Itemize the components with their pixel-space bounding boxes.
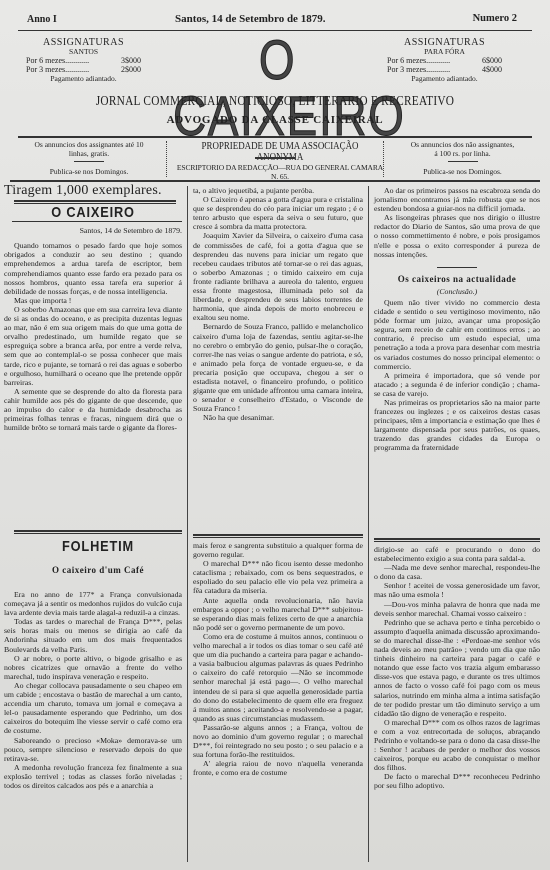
divider bbox=[437, 267, 477, 268]
paragraph: —Nada me deve senhor marechal, respondeu… bbox=[374, 563, 540, 581]
paragraph: Como era de costume á muitos annos, cont… bbox=[193, 632, 363, 723]
double-rule bbox=[14, 530, 182, 534]
price-row: Por 6 mezes............ 6$000 bbox=[387, 56, 502, 65]
paragraph: O marechal D*** não ficou isento desse m… bbox=[193, 559, 363, 595]
newspaper-page: Anno I Santos, 14 de Setembro de 1879. N… bbox=[0, 0, 550, 870]
masthead-bottom-rule bbox=[18, 136, 532, 138]
rule bbox=[12, 221, 182, 222]
column-2-top: ta, o altivo jequetibá, a pujante peróba… bbox=[193, 186, 363, 422]
paragraph: Quem não tiver vivido no commercio desta… bbox=[374, 298, 540, 371]
infobar-right: Os annuncios dos não assignantes, á 100 … bbox=[385, 140, 540, 176]
paragraph: O ar nobre, o porte altivo, o bigode gri… bbox=[4, 654, 182, 681]
subtagline: ADVOGADO DA CLASSE CAIXEIRAL bbox=[0, 114, 550, 126]
folhetim-header: FOLHETIM O caixeiro d'um Café bbox=[14, 530, 182, 575]
paragraph: dirigio-se ao café e procurando o dono d… bbox=[374, 545, 540, 563]
paragraph: Era no anno de 177* a França convulsiona… bbox=[4, 590, 182, 617]
paragraph: mais feroz e sangrenta substituio a qual… bbox=[193, 541, 363, 559]
paragraph: Passarão-se alguns annos ; a França, vol… bbox=[193, 723, 363, 759]
paragraph: Saboreando o precioso «Moka» demorava-se… bbox=[4, 736, 182, 763]
paragraph: Ante aquella onda revolucionaria, não ha… bbox=[193, 596, 363, 632]
subscriptions-santos: ASSIGNATURAS SANTOS Por 6 mezes.........… bbox=[26, 38, 141, 83]
issue-number: Numero 2 bbox=[473, 13, 517, 24]
column-2-bottom: mais feroz e sangrenta substituio a qual… bbox=[193, 541, 363, 777]
column-1: Tiragem 1,000 exemplares. O CAIXEIRO San… bbox=[4, 186, 182, 432]
divider bbox=[74, 161, 104, 162]
section-title: O CAIXEIRO bbox=[17, 208, 168, 217]
paragraph: Nas primeiras os proprietarios são na ma… bbox=[374, 398, 540, 453]
wavy-divider bbox=[166, 141, 170, 177]
paragraph: As lisongeiras phrases que nos dirigio o… bbox=[374, 213, 540, 258]
top-info-line: Anno I Santos, 14 de Setembro de 1879. N… bbox=[0, 12, 550, 26]
paragraph: Joaquim Xavier da Silveira, o caixeiro d… bbox=[193, 231, 363, 322]
paragraph: Senhor ! aceitei de vossa generosidade u… bbox=[374, 581, 540, 599]
subscriptions-title: ASSIGNATURAS bbox=[26, 38, 141, 47]
subscriptions-para-fora: ASSIGNATURAS PARA FÓRA Por 6 mezes......… bbox=[387, 38, 502, 83]
divider bbox=[448, 161, 478, 162]
tagline: JORNAL COMMERCIAL, NOTICIOSO, LITTERARIO… bbox=[44, 93, 506, 109]
paragraph: O marechal D*** com os olhos razos de la… bbox=[374, 718, 540, 773]
ownership-notice: PROPRIEDADE DE UMA ASSOCIAÇÃO ANONYMA bbox=[195, 141, 365, 163]
column-3-bottom: dirigio-se ao café e procurando o dono d… bbox=[374, 545, 540, 791]
article-subtitle: (Conclusão.) bbox=[374, 287, 540, 296]
paragraph: Pedrinho que se achava perto e tinha per… bbox=[374, 618, 540, 718]
paragraph: Mas que importa ! bbox=[4, 296, 182, 305]
office-address: ESCRIPTORIO DA REDACÇÃO—RUA DO GENERAL C… bbox=[175, 163, 385, 181]
masthead-title: O CAIXEIRO bbox=[173, 32, 382, 144]
infobar-left: Os annuncios dos assignantes até 10 linh… bbox=[15, 140, 163, 176]
dateline: Santos, 14 de Setembro de 1879. bbox=[175, 13, 325, 25]
paragraph: A medonha revolução franceza fez finalme… bbox=[4, 763, 182, 790]
infobar-bottom-rule bbox=[10, 180, 540, 182]
price-row: Por 3 mezes............ 2$000 bbox=[26, 65, 141, 74]
paragraph: Ao chegar collocava pausadamente o seu c… bbox=[4, 681, 182, 736]
double-rule bbox=[374, 538, 540, 542]
paragraph: O soberbo Amazonas que em sua carreira l… bbox=[4, 305, 182, 387]
column-3-top: Ao dar os primeiros passos na escabroza … bbox=[374, 186, 540, 453]
paragraph: Quando tomamos o pesado fardo que hoje s… bbox=[4, 241, 182, 296]
paragraph: De facto o marechal D*** reconheceu Pedr… bbox=[374, 772, 540, 790]
folhetim-title: FOLHETIM bbox=[27, 538, 170, 555]
paragraph: A semente que se desprende do alto da fl… bbox=[4, 387, 182, 432]
column-separator bbox=[187, 186, 188, 862]
year-label: Anno I bbox=[27, 14, 57, 25]
paragraph: A primeira é importadora, que só vende p… bbox=[374, 371, 540, 398]
divider bbox=[255, 157, 295, 159]
subscriptions-subtitle: SANTOS bbox=[26, 47, 141, 56]
folhetim-body: Era no anno de 177* a França convulsiona… bbox=[4, 590, 182, 790]
paragraph: A' alegria raiou de novo n'aquella vener… bbox=[193, 759, 363, 777]
paragraph: ta, o altivo jequetibá, a pujante peróba… bbox=[193, 186, 363, 195]
subscriptions-subtitle: PARA FÓRA bbox=[387, 47, 502, 56]
paragraph: Todas as tardes o marechal de França D**… bbox=[4, 617, 182, 653]
paragraph: Não ha que desanimar. bbox=[193, 413, 363, 422]
payment-note: Pagamento adiantado. bbox=[26, 74, 141, 83]
price-row: Por 6 mezes............ 3$000 bbox=[26, 56, 141, 65]
paragraph: Bernardo de Souza Franco, pallido e mela… bbox=[193, 322, 363, 413]
paragraph: O Caixeiro é apenas a gotta d'agua pura … bbox=[193, 195, 363, 231]
paragraph: —Dou-vos minha palavra de honra que nada… bbox=[374, 600, 540, 618]
payment-note: Pagamento adiantado. bbox=[387, 74, 502, 83]
paragraph: Ao dar os primeiros passos na escabroza … bbox=[374, 186, 540, 213]
double-rule bbox=[193, 534, 363, 538]
article-dateline: Santos, 14 de Setembro de 1879. bbox=[4, 226, 182, 235]
folhetim-subtitle: O caixeiro d'um Café bbox=[14, 565, 182, 575]
subscriptions-title: ASSIGNATURAS bbox=[387, 38, 502, 47]
article-title: Os caixeiros na actualidade bbox=[374, 275, 540, 284]
circulation-notice: Tiragem 1,000 exemplares. bbox=[4, 186, 182, 195]
price-row: Por 3 mezes............ 4$000 bbox=[387, 65, 502, 74]
column-separator bbox=[368, 186, 369, 862]
